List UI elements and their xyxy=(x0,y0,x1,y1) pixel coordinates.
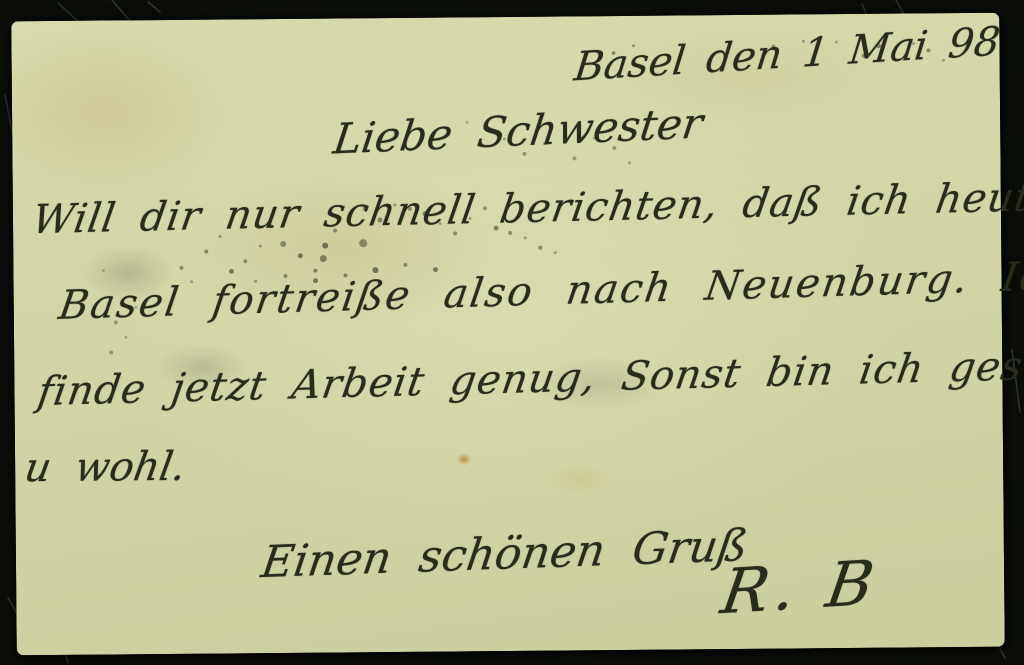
body-line: Basel fortreiße also nach Neuenburg. Ich xyxy=(56,253,1024,329)
stain-spot-decoration xyxy=(457,453,471,465)
stain-spot-decoration xyxy=(545,464,615,495)
salutation: Liebe Schwester xyxy=(331,98,706,163)
dateline: Basel den 1 Mai 98 xyxy=(572,19,1002,91)
body-line: u wohl. xyxy=(21,444,189,491)
closing: Einen schönen Gruß xyxy=(258,520,751,588)
body-line: Will dir nur schnell berichten, daß ich … xyxy=(29,172,1024,244)
postcard: Basel den 1 Mai 98 Liebe Schwester Will … xyxy=(11,13,1004,656)
body-line: finde jetzt Arbeit genug, Sonst bin ich … xyxy=(35,341,1024,415)
photo-background: Basel den 1 Mai 98 Liebe Schwester Will … xyxy=(0,0,1024,665)
signature: R. B xyxy=(717,546,885,629)
